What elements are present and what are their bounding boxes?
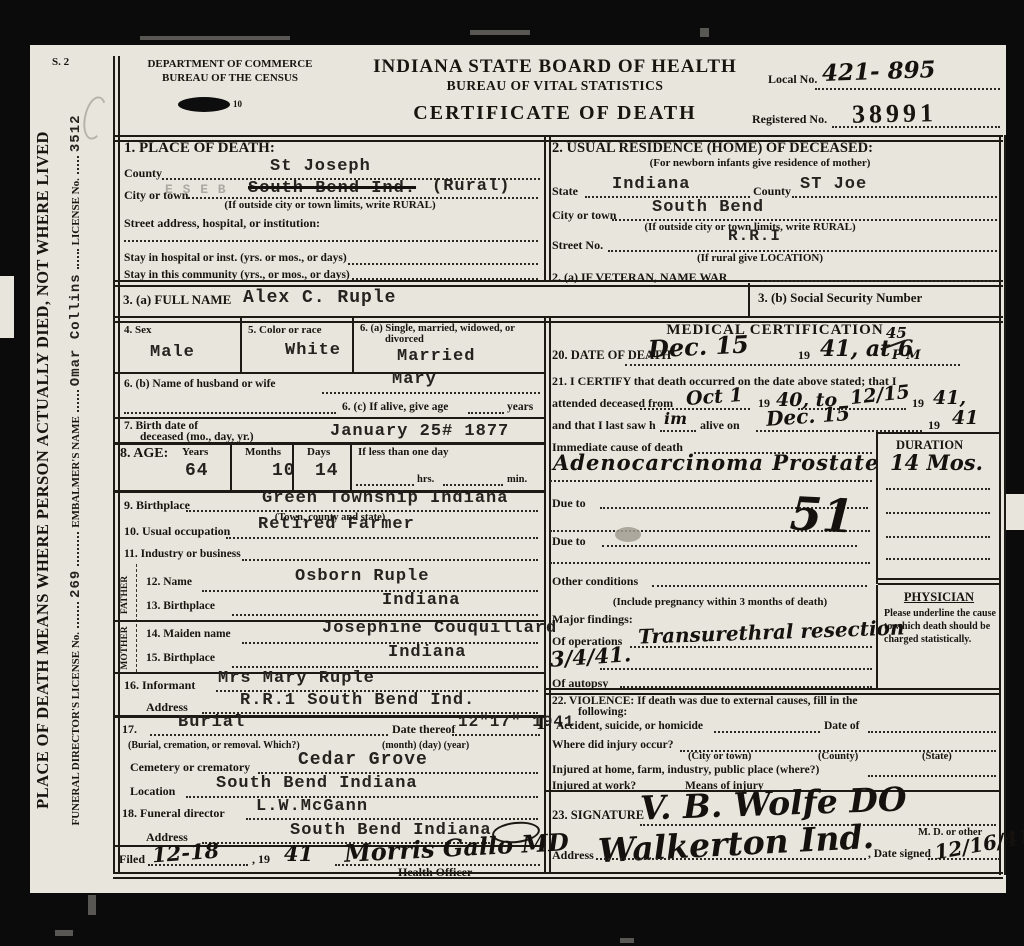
funeral-director-label: 18. Funeral director [122,806,225,821]
dept-line1: DEPARTMENT OF COMMERCE [125,58,335,70]
dotted-line [150,734,388,736]
dept-line2: BUREAU OF THE CENSUS [125,72,335,84]
location-note: (If rural give LOCATION) [640,252,880,264]
filed-year-value: 41 [284,841,313,866]
divider [544,688,1000,695]
embalmer-name-label: EMBALMER'S NAME [70,416,82,528]
duration-box-border [878,578,1000,585]
margin-license-line: FUNERAL DIRECTOR'S LICENSE No. 269 EMBAL… [66,65,96,875]
disposal-date-label: Date thereof [392,722,455,737]
full-name-value: Alex C. Ruple [243,288,396,308]
center-divider [544,318,551,872]
mother-birthplace-label: 15. Birthplace [146,652,215,664]
board-title: INDIANA STATE BOARD OF HEALTH [340,56,770,78]
state-label: State [552,184,578,199]
pregnancy-note: (Include pregnancy within 3 months of de… [570,596,870,608]
age-days-label: Days [307,446,330,458]
scan-speck [55,930,73,936]
where-injury-label: Where did injury occur? [552,739,674,751]
dotted-line [356,484,414,486]
city-value-struck: South Bend Ind. [248,179,416,198]
county-note: (County) [818,751,858,762]
occupation-label: 10. Usual occupation [124,524,230,539]
dotted-line [246,818,538,820]
registered-no-value: 38991 [852,98,938,129]
dotted-line [868,731,996,733]
major-findings-label: Major findings: [552,612,633,627]
form-border-bottom [113,872,1003,879]
disposal-note-1: (Burial, cremation, or removal. Which?) [128,740,300,751]
father-side-label: FATHER [120,568,132,622]
last-saw-year: 41 [952,407,978,429]
dotted-line [232,614,538,616]
dotted-line [660,430,696,432]
cemetery-value: Cedar Grove [298,750,428,770]
occupation-value: Retired Farmer [258,515,415,534]
divider [352,318,354,372]
divider [136,564,137,672]
marital-value: Married [397,347,475,366]
full-name-label: 3. (a) FULL NAME [123,292,231,308]
ink-stamp-oval [178,97,230,112]
scan-speck [700,28,709,37]
dotted-line [322,392,540,394]
embalmer-license-value: 3512 [68,115,84,153]
mother-name-label: 14. Maiden name [146,628,231,640]
stay-hospital-label: Stay in hospital or inst. (yrs. or mos.,… [124,252,347,264]
dotted-line [352,278,538,280]
registered-no-label: Registered No. [752,112,827,127]
dotted-line [886,558,990,560]
dotted-line [468,412,504,414]
res-city-value: South Bend [652,198,764,217]
state-value: Indiana [612,175,690,194]
duration-box-border [876,432,878,584]
disposal-number: 17. [122,722,137,737]
dotted-line [443,484,503,486]
informant-value: Mrs Mary Ruple [218,669,375,688]
dotted-leader [68,390,79,412]
filed-date-value: 12-18 [151,838,220,868]
county-value: St Joseph [270,157,371,176]
funeral-director-license-label: FUNERAL DIRECTOR'S LICENSE No. [70,632,82,826]
father-birthplace-value: Indiana [382,591,460,610]
birthplace-value: Green Township Indiana [262,489,508,508]
last-saw-label: and that I last saw h [552,418,656,433]
form-border-right [999,135,1006,875]
due-to-label: Due to [552,534,586,549]
marital-label-2: divorced [385,334,424,345]
father-name-label: 12. Name [146,576,192,588]
bureau-title: BUREAU OF VITAL STATISTICS [340,78,770,94]
marital-label-1: 6. (a) Single, married, widowed, or [360,323,515,334]
race-value: White [285,341,341,360]
disposal-type-value: Burial [178,713,245,732]
dotted-line [886,488,990,490]
divider [350,444,352,490]
birthdate-value: January 25# 1877 [330,422,509,441]
street-no-label: Street No. [552,238,603,253]
last-saw-him: im [664,409,687,428]
attended-from-value: Oct 1 [685,384,743,410]
dotted-line [602,545,857,547]
if-alive-years: years [507,401,533,413]
father-name-value: Osborn Ruple [295,567,429,586]
father-birthplace-label: 13. Birthplace [146,600,215,612]
sex-label: 4. Sex [124,324,152,336]
alive-on-label: alive on [700,418,740,433]
dotted-line [226,537,538,539]
age-months-label: Months [245,446,281,458]
dotted-leader [68,249,79,269]
dotted-line [124,240,538,242]
divider [240,318,242,372]
dotted-line [630,646,872,648]
filed-label: Filed [119,852,145,867]
dotted-line [202,590,538,592]
age-days-value: 14 [315,461,339,481]
sex-value: Male [150,343,195,362]
date-signed-label: , Date signed [868,848,931,860]
attended-to-year: 41, [933,387,966,409]
dotted-line [232,666,538,668]
duration-box-border [876,432,1000,434]
age-years-label: Years [182,446,208,458]
dotted-line [886,536,990,538]
signature-label: 23. SIGNATURE [552,808,644,823]
scan-speck [140,36,290,40]
divider [113,372,544,374]
stamp-number: 10 [233,99,242,109]
res-county-value: ST Joe [800,175,867,194]
margin-statement: PLACE OF DEATH MEANS WHERE PERSON ACTUAL… [33,65,57,875]
certificate-title: CERTIFICATE OF DEATH [340,102,770,125]
dotted-line [714,731,820,733]
dotted-line [886,512,990,514]
embalmer-name-value: Omar Collins [68,273,84,386]
informant-address-value: R.R.1 South Bend Ind. [240,691,475,710]
ssn-label: 3. (b) Social Security Number [758,290,922,306]
rural-note: (If outside city or town limits, write R… [165,199,495,211]
age-min-label: min. [507,474,527,485]
printed-19: 19 [912,396,924,411]
date-of-label: Date of [824,720,859,732]
dotted-line [452,734,540,736]
scan-notch [1006,494,1024,530]
mother-name-value: Josephine Couquillard [322,619,557,638]
dotted-line [242,559,538,561]
state-note: (State) [922,751,952,762]
informant-label: 16. Informant [124,678,195,693]
mother-birthplace-value: Indiana [388,643,466,662]
printed-19: 19 [928,418,940,433]
scan-speck [88,895,96,915]
funeral-director-value: L.W.McGann [256,797,368,816]
dotted-line [792,196,997,198]
dotted-line [600,668,872,670]
dotted-line [596,858,866,860]
divider [113,417,544,419]
divider [230,444,232,490]
street-label: Street address, hospital, or institution… [124,216,320,231]
if-alive-label: 6. (c) If alive, give age [342,401,448,413]
cemetery-location-value: South Bend Indiana [216,774,418,793]
street-no-value: R.R.I [728,227,781,245]
county-label: County [124,166,162,181]
printed-19: 19 [798,348,810,363]
dotted-line [652,585,867,587]
scan-speck [620,938,634,943]
sec2-title: 2. USUAL RESIDENCE (HOME) OF DECEASED: [552,140,873,157]
margin-mark: I [537,710,545,735]
city-or-town-note: (City or town) [688,751,751,762]
form-border-left [113,56,120,872]
date-of-death-value: Dec. 15 [647,329,749,363]
filed-19-label: , 19 [252,852,270,867]
spouse-value: Mary [392,370,437,389]
violence-line2: following: [578,706,627,718]
dotted-line [868,775,996,777]
dotted-line [148,864,248,866]
dotted-line [124,412,336,414]
immediate-cause-value: Adenocarcinoma Prostate [553,450,879,475]
embalmer-license-label: LICENSE No. [70,178,82,245]
duration-value: 14 Mos. [890,450,983,475]
dotted-leader [68,156,79,174]
dotted-line [815,88,1000,90]
physician-note: Please underline the cause to which deat… [884,607,996,646]
veteran-label: 2. (a) IF VETERAN, NAME WAR [552,270,727,285]
age-years-value: 64 [185,461,209,481]
scanned-death-certificate: S. 2 PLACE OF DEATH MEANS WHERE PERSON A… [0,0,1024,946]
dotted-leader [68,532,79,566]
divider [113,442,544,445]
dotted-line [550,480,872,482]
funeral-director-license-value: 269 [68,570,84,598]
mother-side-label: MOTHER [120,621,132,675]
age-hrs-label: hrs. [417,474,434,485]
local-no-value: 421- 895 [822,56,936,87]
death-time-pm: P M [892,348,921,363]
statistical-code: 51 [789,486,856,543]
city-value-rural: (Rural) [432,177,510,196]
divider [292,444,294,490]
local-no-label: Local No. [768,72,817,87]
age-less-label: If less than one day [358,446,448,458]
due-to-label: Due to [552,496,586,511]
signature-address-label: Address [552,848,594,863]
dotted-line [762,280,997,282]
age-label: 8. AGE: [120,446,168,462]
cemetery-location-label: Location [130,784,175,799]
other-conditions-label: Other conditions [552,574,638,589]
scan-notch [0,276,14,338]
ink-smudge [615,527,641,542]
industry-label: 11. Industry or business [124,548,241,560]
health-officer-label: Health Officer [398,865,472,880]
res-county-label: County [753,184,791,199]
dotted-line [625,364,960,366]
divider [748,283,750,317]
birthplace-label: 9. Birthplace [124,498,190,513]
scan-speck [470,30,530,35]
race-label: 5. Color or race [248,324,322,336]
stay-community-label: Stay in this community (yrs., or mos., o… [124,269,350,281]
dotted-line [550,562,870,564]
accident-label: Accident, suicide, or homicide [556,720,703,732]
dotted-leader [68,602,79,628]
physician-title: PHYSICIAN [878,590,1000,605]
injured-home-label: Injured at home, farm, industry, public … [552,764,819,776]
spouse-label: 6. (b) Name of husband or wife [124,378,276,390]
stamp-ghost: E S E B [165,182,227,197]
sec2-note: (For newborn infants give residence of m… [580,157,940,169]
dotted-line [928,858,1000,860]
center-divider [544,135,551,282]
dotted-line [640,408,750,410]
sec1-title: 1. PLACE OF DEATH: [124,140,275,157]
cemetery-label: Cemetery or crematory [130,760,250,775]
dotted-line [348,263,538,265]
